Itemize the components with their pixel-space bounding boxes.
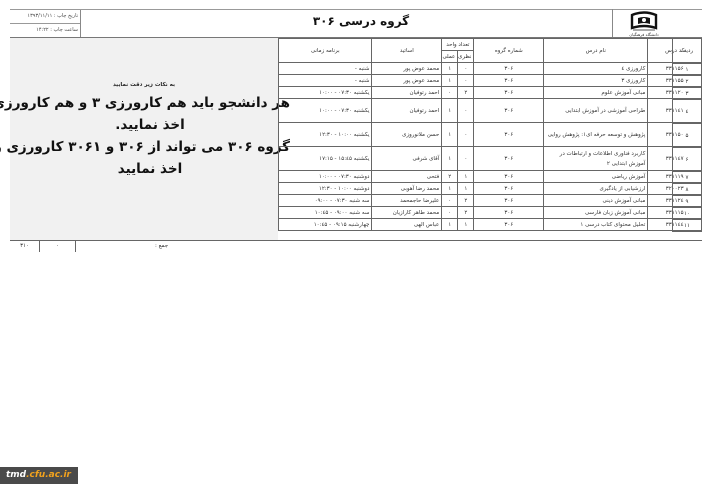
practical-units-cell: ۱ (442, 147, 458, 171)
row-number-row: ۶ (673, 148, 702, 172)
course-name-cell: کارورزی ۳ (544, 75, 648, 87)
practical-units-cell: ۰ (442, 195, 458, 207)
row-number-row: ۲ (673, 76, 702, 88)
sum-total: ۳۱۰ (10, 241, 40, 252)
group-no-cell: ۳۰۶ (474, 195, 544, 207)
watermark: tmd.cfu.ac.ir (0, 467, 78, 484)
instructor-cell: عباس الهی (372, 219, 442, 231)
schedule-cell: یکشنبه ۱۰:۰۰ - ۱۲:۳۰ (279, 123, 372, 147)
col-header-theory: نظری (458, 51, 474, 63)
row-number-cell: ۶ (673, 148, 702, 172)
table-row: ۳۳۱۱٤۱طراحی آموزشی در آموزش ابتدایی۳۰۶۰۱… (279, 99, 702, 123)
course-name-cell: طراحی آموزشی در آموزش ابتدایی (544, 99, 648, 123)
instructor-cell: احمد رتوفیان (372, 99, 442, 123)
row-number-cell: ۱ (673, 64, 702, 76)
col-header-practical: عملی (442, 51, 458, 63)
group-no-cell: ۳۰۶ (474, 99, 544, 123)
row-number-row: ۳ (673, 88, 702, 100)
group-no-cell: ۳۰۶ (474, 183, 544, 195)
instructor-cell: فتحی (372, 171, 442, 183)
university-logo: دانشگاه فرهنگیان (612, 9, 674, 38)
notes-line-2: اخذ نمایید. (10, 114, 290, 136)
row-number-cell: ۷ (673, 172, 702, 184)
row-number-row: ۹ (673, 196, 702, 208)
practical-units-cell: ۰ (442, 207, 458, 219)
row-number-row: ۷ (673, 172, 702, 184)
schedule-cell: چهارشنبه ۰۹:۱۵ - ۱۰:٤۵ (279, 219, 372, 231)
theory-units-cell: ۲ (458, 207, 474, 219)
theory-units-cell: ۱ (458, 183, 474, 195)
instructor-cell: محمد طاهر کارازیان (372, 207, 442, 219)
col-header-schedule: برنامه زمانی (279, 39, 372, 63)
course-name-cell: تحلیل محتوای کتاب درسی ۱ (544, 219, 648, 231)
group-no-cell: ۳۰۶ (474, 63, 544, 75)
schedule-cell: دوشنبه ۰۷:۳۰ - ۱۰:۰۰ (279, 171, 372, 183)
logo-icon: دانشگاه فرهنگیان (627, 11, 661, 37)
course-name-cell: آموزش ریاضی (544, 171, 648, 183)
theory-units-cell: ۲ (458, 87, 474, 99)
table-row: ۳۳۱۱۲۰مبانی آموزش علوم۳۰۶۲۰احمد رتوفیانی… (279, 87, 702, 99)
row-number-row: ۱۰ (673, 208, 702, 220)
group-no-cell: ۳۰۶ (474, 219, 544, 231)
table-row: ۳۳۱۱۵۶کارورزی ٤۳۰۶۰۱محمد عوض پورشنبه - (279, 63, 702, 75)
theory-units-cell: ۰ (458, 63, 474, 75)
row-number-cell: ۳ (673, 88, 702, 100)
watermark-part-2: .cfu.ac.ir (26, 470, 71, 480)
theory-units-cell: ۰ (458, 123, 474, 147)
row-number-row: ٤ (673, 100, 702, 124)
notes-intro: به نکات زیر دقت نمایید (10, 82, 278, 88)
print-date: تاریخ چاپ : ۱۳۹۳/۱۱/۱۱ (10, 10, 80, 24)
watermark-part-1: tmd (6, 470, 26, 480)
row-number-row: ۸ (673, 184, 702, 196)
row-number-cell: ۸ (673, 184, 702, 196)
theory-units-cell: ۰ (458, 147, 474, 171)
schedule-cell: سه شنبه ۰۹:۰۰ - ۱۰:٤۵ (279, 207, 372, 219)
table-row: ۳۳۱۱۵۰پژوهش و توسعه حرفه ای۱: پژوهش روای… (279, 123, 702, 147)
theory-units-cell: ۲ (458, 195, 474, 207)
group-no-cell: ۳۰۶ (474, 123, 544, 147)
instructor-cell: محمد عوض پور (372, 75, 442, 87)
practical-units-cell: ۱ (442, 99, 458, 123)
sum-label: جمع : (155, 241, 168, 251)
table-row: ۳۳۱۱٤٤تحلیل محتوای کتاب درسی ۱۳۰۶۱۱عباس … (279, 219, 702, 231)
table-row: ۳۳۱۱٤۷کاربرد فناوری اطلاعات و ارتباطات د… (279, 147, 702, 171)
sum-zero: ۰ (40, 241, 76, 252)
col-header-instructors: اساتید (372, 39, 442, 63)
group-no-cell: ۳۰۶ (474, 75, 544, 87)
practical-units-cell: ۱ (442, 63, 458, 75)
schedule-cell: یکشنبه ۰۷:۳۰ - ۱۰:۰۰ (279, 99, 372, 123)
course-name-cell: مبانی آموزش زبان فارسی (544, 207, 648, 219)
practical-units-cell: ۱ (442, 183, 458, 195)
instructor-cell: احمد رتوفیان (372, 87, 442, 99)
notes-line-1: هر دانشجو باید هم کارورزی ۳ و هم کارورزی… (10, 92, 290, 114)
instructor-cell: محمد رضا آهوبی (372, 183, 442, 195)
row-number-row: ۵ (673, 124, 702, 148)
group-no-cell: ۳۰۶ (474, 147, 544, 171)
table-row: ۳۲۰۰۲۳ارزشیابی از یادگیری۳۰۶۱۱محمد رضا آ… (279, 183, 702, 195)
col-header-row-no: ردیف (673, 39, 702, 64)
table-row: ۳۳۱۱۱۹آموزش ریاضی۳۰۶۱۲فتحیدوشنبه ۰۷:۳۰ -… (279, 171, 702, 183)
group-no-cell: ۳۰۶ (474, 171, 544, 183)
row-number-cell: ۱۱ (673, 220, 702, 232)
course-name-cell: مبانی آموزش علوم (544, 87, 648, 99)
row-number-row: ۱۱ (673, 220, 702, 232)
theory-units-cell: ۰ (458, 99, 474, 123)
row-number-cell: ۹ (673, 196, 702, 208)
schedule-cell: یکشنبه ۱۵:٤۵ - ۱۷:۱۵ (279, 147, 372, 171)
instructor-cell: محمد عوض پور (372, 63, 442, 75)
practical-units-cell: ۱ (442, 75, 458, 87)
course-name-cell: پژوهش و توسعه حرفه ای۱: پژوهش روایی (544, 123, 648, 147)
theory-units-cell: ۱ (458, 171, 474, 183)
print-info: تاریخ چاپ : ۱۳۹۳/۱۱/۱۱ ساعت چاپ : ۱۴:۲۲ (10, 10, 81, 38)
practical-units-cell: ۱ (442, 219, 458, 231)
row-number-cell: ٤ (673, 100, 702, 124)
practical-units-cell: ۰ (442, 87, 458, 99)
course-name-cell: کاربرد فناوری اطلاعات و ارتباطات در آموز… (544, 147, 648, 171)
courses-table: کد درس نام درس شماره گروه تعداد واحد اسا… (278, 38, 702, 231)
practical-units-cell: ۲ (442, 171, 458, 183)
course-name-cell: ارزشیابی از یادگیری (544, 183, 648, 195)
notes-line-4: اخذ نمایید (10, 158, 290, 180)
summary-row: ۳۱۰ ۰ جمع : (10, 240, 702, 251)
row-number-cell: ۵ (673, 124, 702, 148)
schedule-cell: شنبه - (279, 75, 372, 87)
col-header-course-name: نام درس (544, 39, 648, 63)
row-number-cell: ۱۰ (673, 208, 702, 220)
row-number-row: ۱ (673, 64, 702, 76)
page-title: گروه درسی ۳۰۶ (281, 14, 441, 28)
schedule-cell: دوشنبه ۱۰:۰۰ - ۱۲:۳۰ (279, 183, 372, 195)
practical-units-cell: ۱ (442, 123, 458, 147)
notes-panel: به نکات زیر دقت نمایید هر دانشجو باید هم… (10, 38, 278, 240)
schedule-cell: شنبه - (279, 63, 372, 75)
row-number-column: ردیف ۱۲۳٤۵۶۷۸۹۱۰۱۱ (672, 38, 702, 232)
table-row: ۳۳۱۱۵۵کارورزی ۳۳۰۶۰۱محمد عوض پورشنبه - (279, 75, 702, 87)
schedule-cell: یکشنبه ۰۷:۳۰ - ۱۰:۰۰ (279, 87, 372, 99)
group-no-cell: ۳۰۶ (474, 87, 544, 99)
instructor-cell: آقای شرفی (372, 147, 442, 171)
table-row: ۳۳۱۱۲٤مبانی آموزش دینی۳۰۶۲۰علیرضا حاجمحم… (279, 195, 702, 207)
col-header-units: تعداد واحد (442, 39, 474, 51)
instructor-cell: علیرضا حاجمحمد (372, 195, 442, 207)
table-row: ۳۳۱۱۱۵مبانی آموزش زبان فارسی۳۰۶۲۰محمد طا… (279, 207, 702, 219)
group-no-cell: ۳۰۶ (474, 207, 544, 219)
theory-units-cell: ۱ (458, 219, 474, 231)
row-number-cell: ۲ (673, 76, 702, 88)
notes-line-3: گروه ۳۰۶ می تواند از ۳۰۶ و ۳۰۶۱ کارورزی … (10, 136, 290, 158)
instructor-cell: حسن ملانوروزی (372, 123, 442, 147)
schedule-cell: سه شنبه ۰۷:۳۰ - ۰۹:۰۰ (279, 195, 372, 207)
svg-text:دانشگاه فرهنگیان: دانشگاه فرهنگیان (629, 32, 659, 37)
col-header-group-no: شماره گروه (474, 39, 544, 63)
course-name-cell: کارورزی ٤ (544, 63, 648, 75)
course-name-cell: مبانی آموزش دینی (544, 195, 648, 207)
theory-units-cell: ۰ (458, 75, 474, 87)
print-time: ساعت چاپ : ۱۴:۲۲ (10, 24, 80, 38)
